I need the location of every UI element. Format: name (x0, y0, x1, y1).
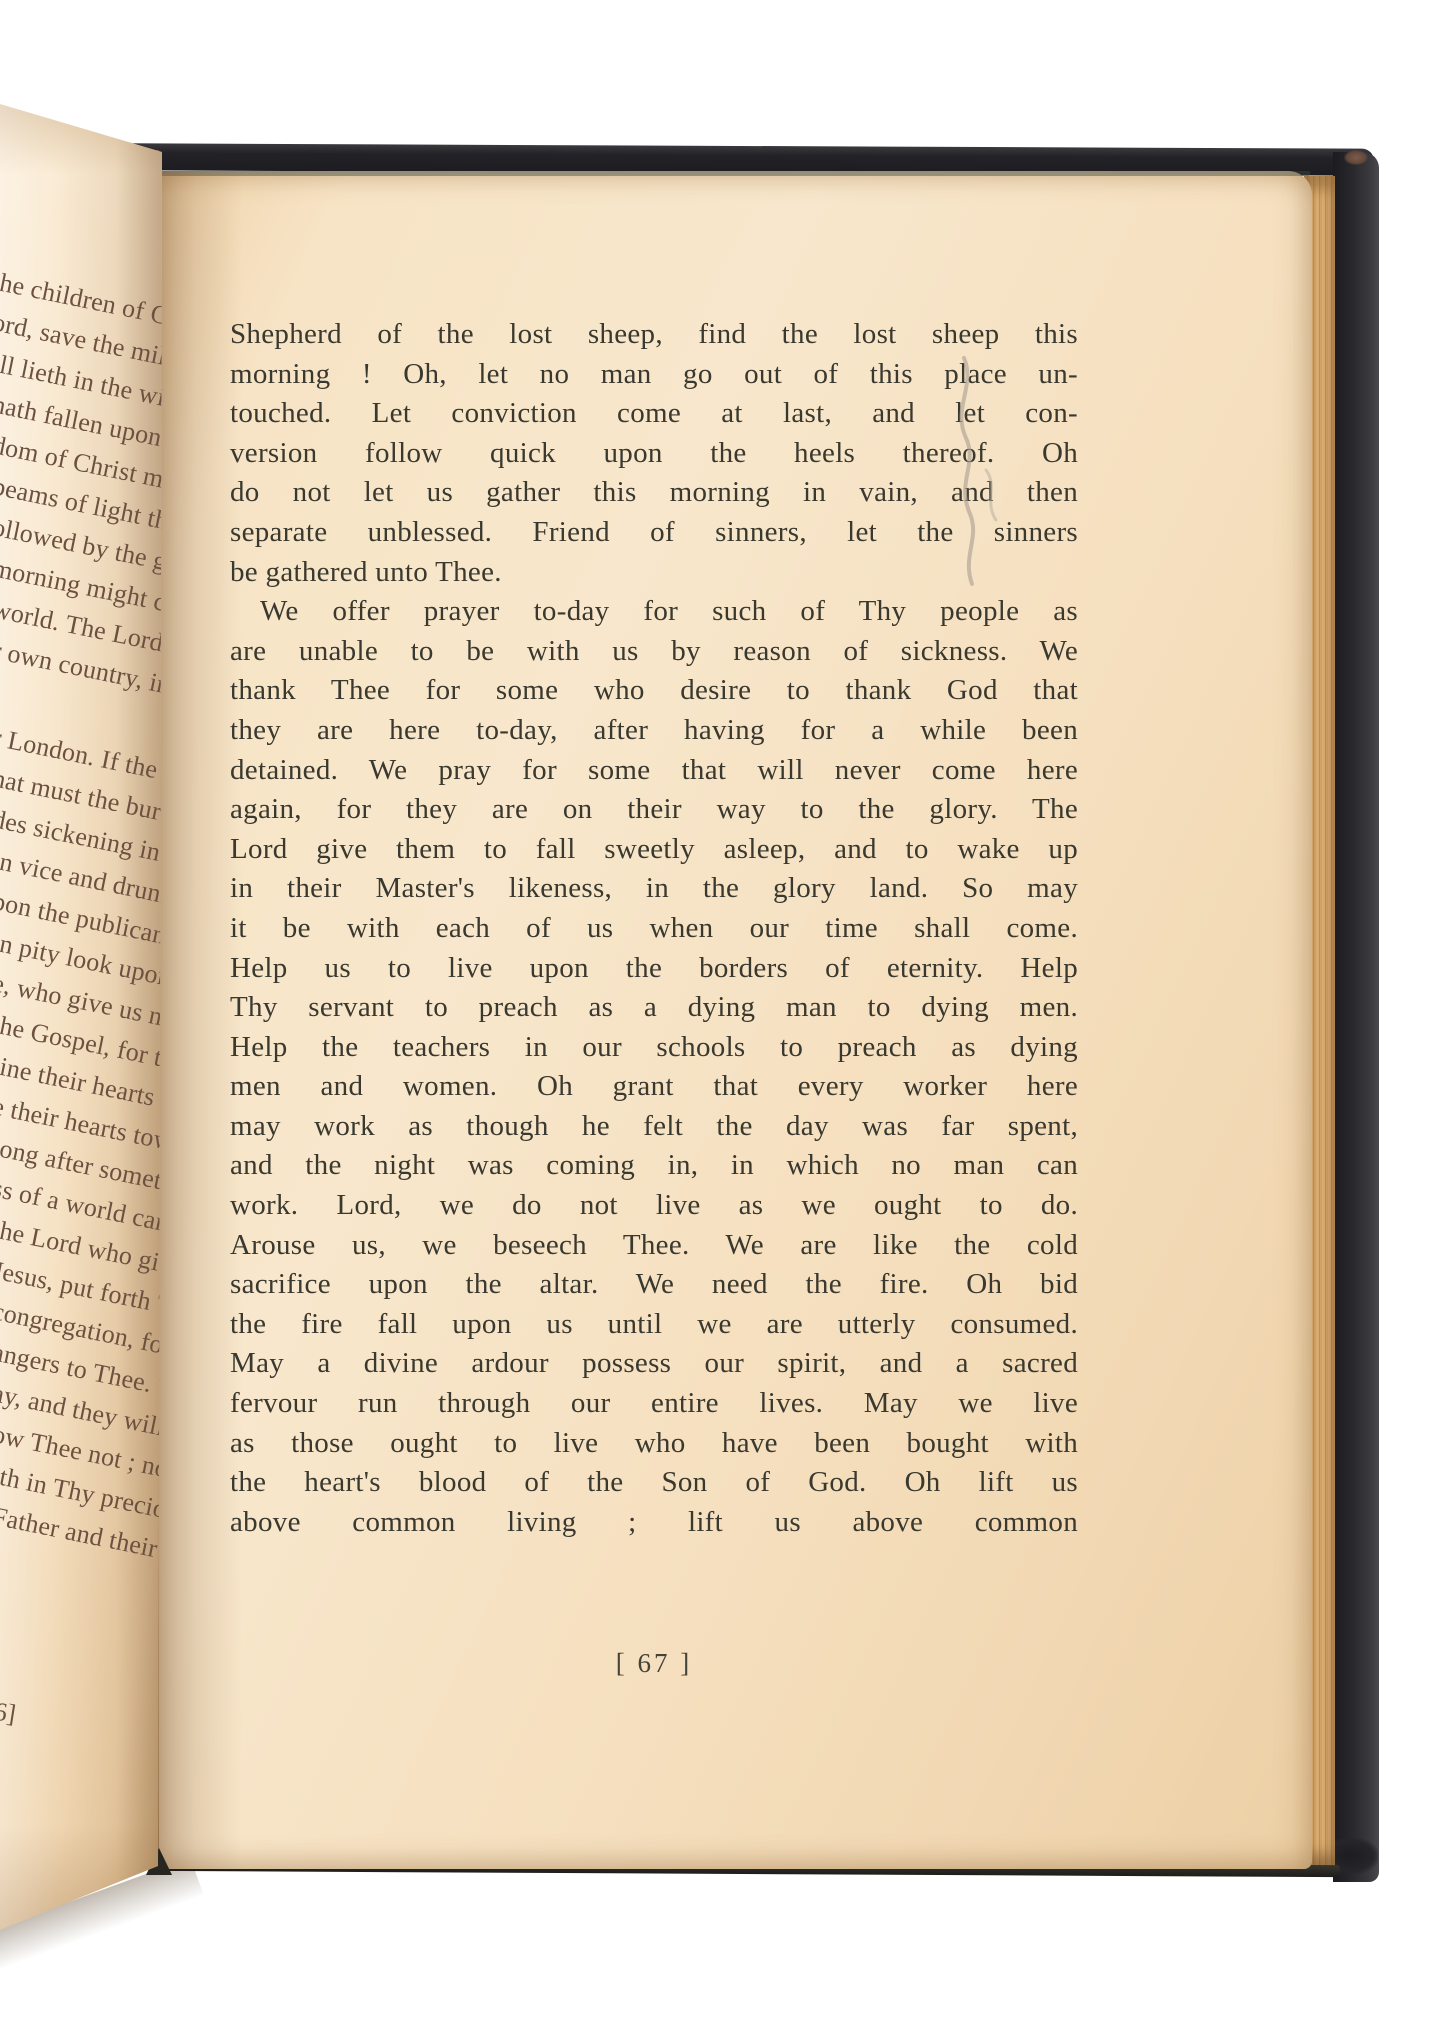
text-line: Arouse us, we beseech Thee. We are like … (230, 1226, 1078, 1266)
text-line: Shepherd of the lost sheep, find the los… (230, 315, 1078, 355)
cover-corner-wear-spot (1344, 150, 1368, 165)
text-line: and the night was coming in, in which no… (230, 1146, 1078, 1186)
text-line: Help the teachers in our schools to prea… (230, 1028, 1078, 1068)
text-line: May a divine ardour possess our spirit, … (230, 1344, 1078, 1384)
text-line: are unable to be with us by reason of si… (230, 632, 1078, 672)
book-photo: Shepherd of the lost sheep, find the los… (0, 0, 1445, 2023)
text-line: may work as though he felt the day was f… (230, 1107, 1078, 1147)
book-cover-right-board (1333, 152, 1379, 1882)
text-line: it be with each of us when our time shal… (230, 909, 1078, 949)
page-number: [ 67 ] (230, 1648, 1078, 1679)
pencil-squiggle-mark (926, 352, 1036, 612)
paragraph-2: We offer prayer to-day for such of Thy p… (230, 592, 1078, 1542)
text-line: the heart's blood of the Son of God. Oh … (230, 1463, 1078, 1503)
text-line: fervour run through our entire lives. Ma… (230, 1384, 1078, 1424)
left-page-number-fragment: 6] (0, 1696, 18, 1729)
left-page: the children of God by faithord, save th… (0, 100, 166, 1936)
left-paragraph-2: r London. If the burden ofhat must the b… (0, 716, 166, 1536)
left-paragraph-1: the children of God by faithord, save th… (0, 260, 166, 670)
text-line: the fire fall upon us until we are utter… (230, 1305, 1078, 1345)
text-line: again, for they are on their way to the … (230, 790, 1078, 830)
text-line: they are here to-day, after having for a… (230, 711, 1078, 751)
text-line: sacrifice upon the altar. We need the fi… (230, 1265, 1078, 1305)
text-line: above common living ; lift us above comm… (230, 1503, 1078, 1543)
text-line: men and women. Oh grant that every worke… (230, 1067, 1078, 1107)
text-line: as those ought to live who have been bou… (230, 1424, 1078, 1464)
page-top-edge-tint (160, 171, 1310, 176)
left-page-text: the children of God by faithord, save th… (0, 260, 166, 1536)
text-line: in their Master's likeness, in the glory… (230, 869, 1078, 909)
text-line: work. Lord, we do not live as we ought t… (230, 1186, 1078, 1226)
text-line: Help us to live upon the borders of eter… (230, 949, 1078, 989)
text-line: Thy servant to preach as a dying man to … (230, 988, 1078, 1028)
text-line: thank Thee for some who desire to thank … (230, 671, 1078, 711)
text-line: detained. We pray for some that will nev… (230, 751, 1078, 791)
text-line: Lord give them to fall sweetly asleep, a… (230, 830, 1078, 870)
